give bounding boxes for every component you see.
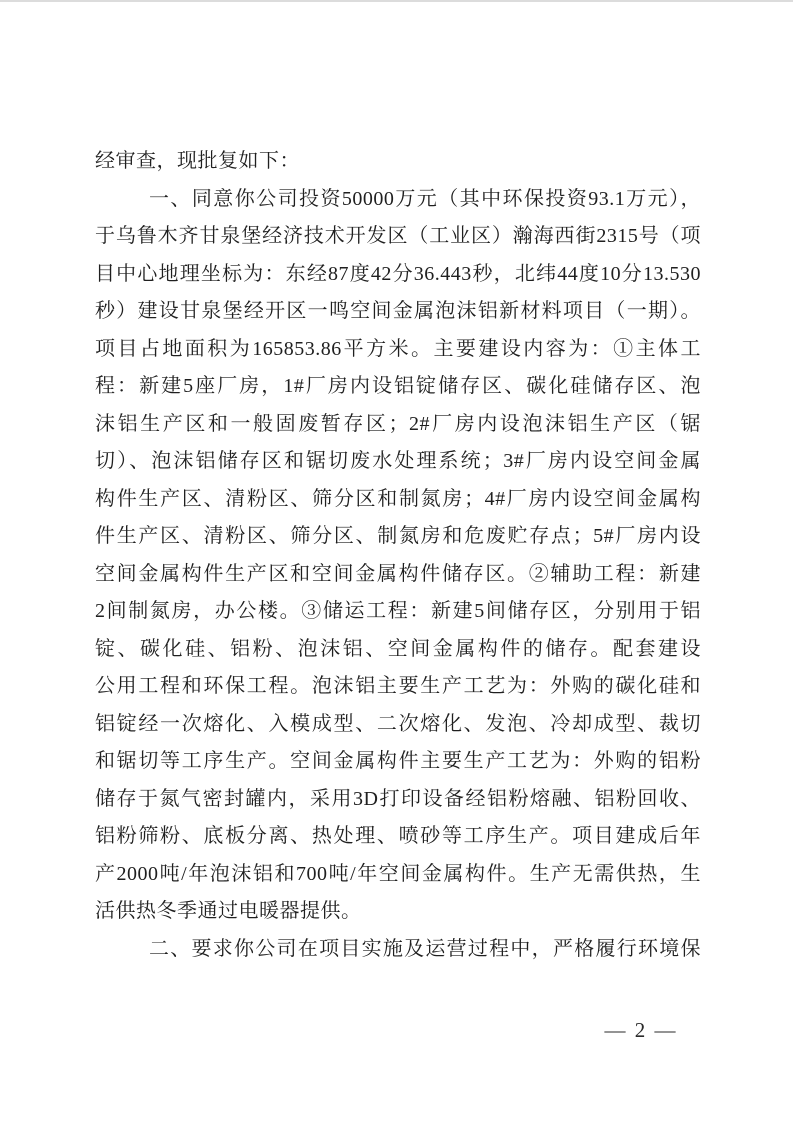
document-line: 铝粉筛粉、底板分离、热处理、喷砂等工序生产。项目建成后年 [95,818,701,856]
document-line: 二、要求你公司在项目实施及运营过程中，严格履行环境保 [95,931,701,969]
document-body: 经审查，现批复如下： 一、同意你公司投资50000万元（其中环保投资93.1万元… [95,143,701,968]
document-line: 公用工程和环保工程。泡沫铝主要生产工艺为：外购的碳化硅和 [95,668,701,706]
document-line: 沫铝生产区和一般固废暂存区；2#厂房内设泡沫铝生产区（锯 [95,406,701,444]
document-line: 活供热冬季通过电暖器提供。 [95,893,701,931]
document-line: 秒）建设甘泉堡经开区一鸣空间金属泡沫铝新材料项目（一期）。 [95,293,701,331]
document-line: 空间金属构件生产区和空间金属构件储存区。②辅助工程：新建 [95,556,701,594]
document-line: 于乌鲁木齐甘泉堡经济技术开发区（工业区）瀚海西街2315号（项 [95,218,701,256]
document-line: 2间制氮房，办公楼。③储运工程：新建5间储存区，分别用于铝 [95,593,701,631]
document-line: 储存于氮气密封罐内，采用3D打印设备经铝粉熔融、铝粉回收、 [95,781,701,819]
document-line: 项目占地面积为165853.86平方米。主要建设内容为：①主体工 [95,331,701,369]
document-page: 经审查，现批复如下： 一、同意你公司投资50000万元（其中环保投资93.1万元… [0,0,793,1122]
document-line: 件生产区、清粉区、筛分区、制氮房和危废贮存点；5#厂房内设 [95,518,701,556]
scan-edge-artifact [0,0,793,2]
document-line: 产2000吨/年泡沫铝和700吨/年空间金属构件。生产无需供热，生 [95,856,701,894]
document-line: 构件生产区、清粉区、筛分区和制氮房；4#厂房内设空间金属构 [95,481,701,519]
document-line: 一、同意你公司投资50000万元（其中环保投资93.1万元）， [95,181,701,219]
document-line: 经审查，现批复如下： [95,143,701,181]
document-line: 锭、碳化硅、铝粉、泡沫铝、空间金属构件的储存。配套建设 [95,631,701,669]
document-line: 切）、泡沫铝储存区和锯切废水处理系统；3#厂房内设空间金属 [95,443,701,481]
page-number: — 2 — [596,1015,686,1045]
document-line: 铝锭经一次熔化、入模成型、二次熔化、发泡、冷却成型、裁切 [95,706,701,744]
document-line: 目中心地理坐标为：东经87度42分36.443秒，北纬44度10分13.530 [95,256,701,294]
document-line: 程：新建5座厂房，1#厂房内设铝锭储存区、碳化硅储存区、泡 [95,368,701,406]
document-line: 和锯切等工序生产。空间金属构件主要生产工艺为：外购的铝粉 [95,743,701,781]
